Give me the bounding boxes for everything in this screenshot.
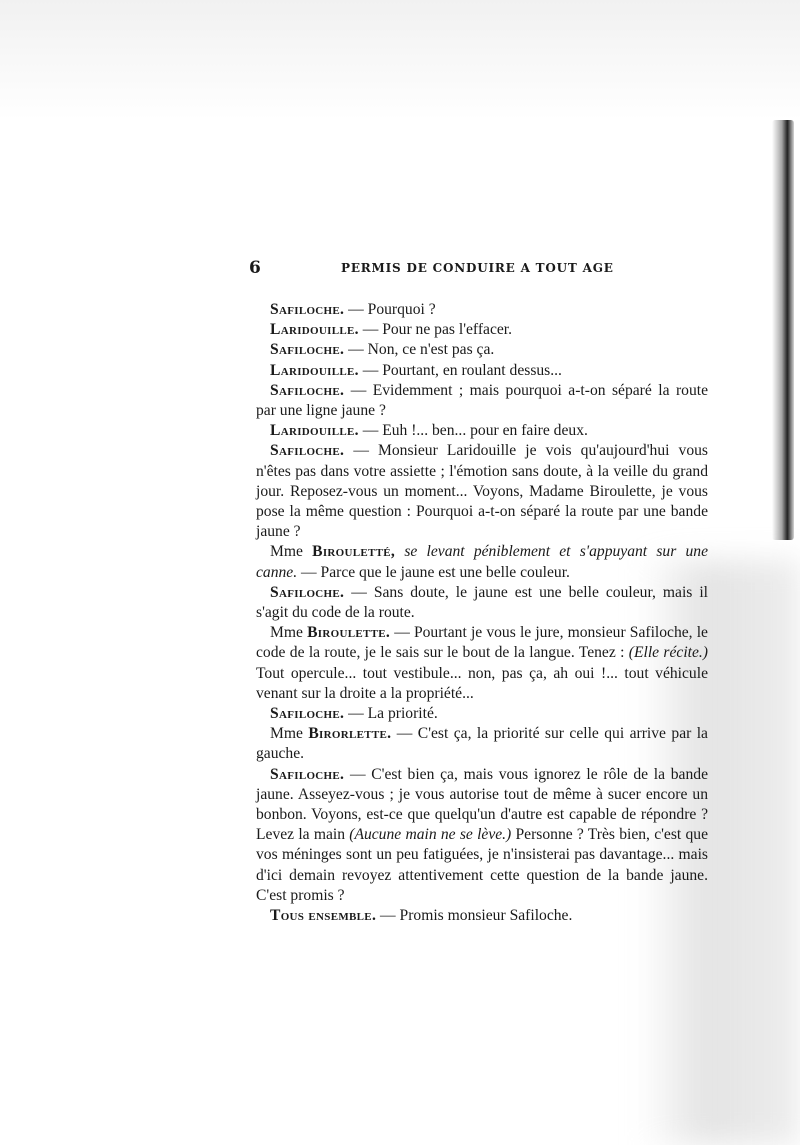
page-edge-binding	[772, 120, 794, 540]
stage-direction: (Elle récite.)	[629, 644, 708, 661]
dialogue-line: Safiloche. — Non, ce n'est pas ça.	[256, 340, 708, 360]
dialogue-line: Laridouille. — Pourtant, en roulant dess…	[256, 361, 708, 381]
speaker-name: Biroulette.	[307, 624, 390, 641]
speaker-name: Tous ensemble.	[270, 907, 376, 924]
speaker-name: Laridouille.	[270, 422, 359, 439]
stage-direction: (Aucune main ne se lève.)	[349, 826, 511, 843]
page-header: 6 PERMIS DE CONDUIRE A TOUT AGE	[249, 258, 709, 278]
speaker-name: Safiloche.	[270, 442, 344, 459]
speaker-name: Safiloche.	[270, 341, 344, 358]
speaker-name: Laridouille.	[270, 362, 359, 379]
dialogue-line: Safiloche. — La priorité.	[256, 704, 708, 724]
speaker-name: Safiloche.	[270, 766, 344, 783]
dialogue-line: Safiloche. — Evidemment ; mais pourquoi …	[256, 381, 708, 421]
dialogue-line: Mme Birorlette. — C'est ça, la priorité …	[256, 724, 708, 764]
page-number: 6	[249, 258, 261, 278]
speaker-name: Safiloche.	[270, 705, 344, 722]
speaker-name: Laridouille.	[270, 321, 359, 338]
running-title: PERMIS DE CONDUIRE A TOUT AGE	[341, 261, 614, 275]
dialogue-line: Safiloche. — Pourquoi ?	[256, 300, 708, 320]
dialogue-line: Safiloche. — Monsieur Laridouille je voi…	[256, 441, 708, 542]
dialogue-line: Safiloche. — C'est bien ça, mais vous ig…	[256, 765, 708, 906]
dialogue-line: Mme Biroulette. — Pourtant je vous le ju…	[256, 623, 708, 704]
dialogue-line: Safiloche. — Sans doute, le jaune est un…	[256, 583, 708, 623]
speaker-name: Birouletté,	[312, 543, 395, 560]
dialogue-line: Mme Birouletté, se levant péniblement et…	[256, 542, 708, 582]
speaker-name: Safiloche.	[270, 301, 344, 318]
scan-shadow-top	[0, 0, 800, 120]
dialogue-line: Laridouille. — Pour ne pas l'effacer.	[256, 320, 708, 340]
speaker-name: Birorlette.	[308, 725, 391, 742]
dialogue-line: Laridouille. — Euh !... ben... pour en f…	[256, 421, 708, 441]
dialogue-line: Tous ensemble. — Promis monsieur Safiloc…	[256, 906, 708, 926]
speaker-name: Safiloche.	[270, 584, 344, 601]
dialogue-body: Safiloche. — Pourquoi ? Laridouille. — P…	[256, 300, 708, 926]
speaker-name: Safiloche.	[270, 382, 344, 399]
